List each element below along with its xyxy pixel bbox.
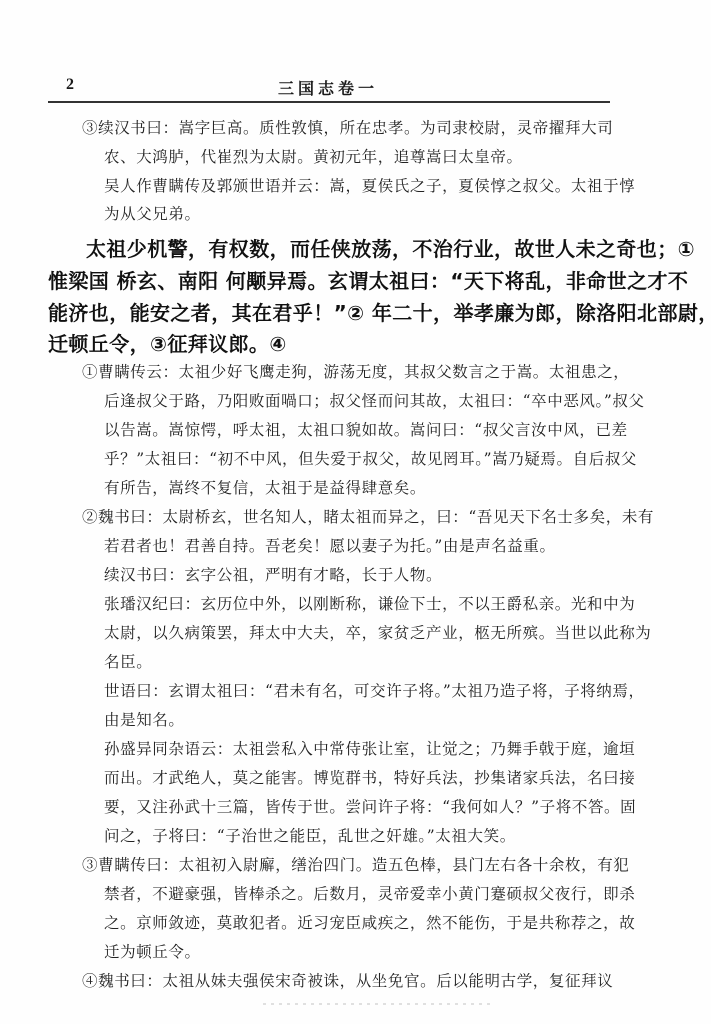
- note-line: 迁为顿丘令。: [104, 940, 201, 962]
- note-line: 孙盛异同杂语云：太祖尝私入中常侍张让室，让觉之；乃舞手戟于庭，逾垣: [104, 737, 635, 759]
- note-line: 问之，子将曰：“子治世之能臣，乱世之奸雄。”太祖大笑。: [104, 824, 516, 846]
- note-line: 之。京师敛迹，莫敢犯者。近习宠臣咸疾之，然不能伤，于是共称荐之，故: [104, 911, 635, 933]
- note-line: 由是知名。: [104, 708, 185, 730]
- note-line: ②魏书曰：太尉桥玄，世名知人，睹太祖而异之，曰：“吾见天下名士多矣，未有: [82, 505, 654, 527]
- note-line: ③续汉书曰：嵩字巨高。质性敦慎，所在忠孝。为司隶校尉，灵帝擢拜大司: [82, 116, 613, 138]
- note-line: 续汉书曰：玄字公祖，严明有才略，长于人物。: [104, 563, 442, 585]
- note-line: 张璠汉纪曰：玄历位中外，以刚断称，谦俭下士，不以王爵私亲。光和中为: [104, 592, 635, 614]
- scan-artifact: [263, 1003, 493, 1005]
- note-line: 而出。才武绝人，莫之能害。博览群书，特好兵法，抄集诸家兵法，名曰接: [104, 766, 635, 788]
- note-line: ①曹瞒传云：太祖少好飞鹰走狗，游荡无度，其叔父数言之于嵩。太祖患之，: [82, 360, 629, 382]
- note-line: 后逢叔父于路，乃阳败面喎口；叔父怪而问其故，太祖曰：“卒中恶风。”叔父: [104, 389, 645, 411]
- note-line: 太尉，以久病策罢，拜太中大夫，卒，家贫乏产业，柩无所殡。当世以此称为: [104, 621, 651, 643]
- header-rule: [48, 101, 610, 103]
- note-line: 乎？”太祖曰：“初不中风，但失爱于叔父，故见罔耳。”嵩乃疑焉。自后叔父: [104, 447, 637, 469]
- note-line: 世语曰：玄谓太祖曰：“君未有名，可交许子将。”太祖乃造子将，子将纳焉，: [104, 679, 645, 701]
- note-line: 吴人作曹瞒传及郭颁世语并云：嵩，夏侯氏之子，夏侯惇之叔父。太祖于惇: [104, 174, 635, 196]
- note-line: 要，又注孙武十三篇，皆传于世。尝问许子将：“我何如人？”子将不答。固: [104, 795, 636, 817]
- note-line: 禁者，不避豪强，皆棒杀之。后数月，灵帝爱幸小黄门蹇硕叔父夜行，即杀: [104, 882, 635, 904]
- note-line: 有所告，嵩终不复信，太祖于是益得肆意矣。: [104, 476, 426, 498]
- main-text-line: 能济也，能安之者，其在君乎！”② 年二十，举孝廉为郎，除洛阳北部尉，: [48, 297, 711, 326]
- page-header: 2 三国志卷一: [48, 76, 608, 100]
- note-line: 为从父兄弟。: [104, 202, 201, 224]
- note-line: 以告嵩。嵩惊愕，呼太祖，太祖口貌如故。嵩问曰：“叔父言汝中风，已差: [104, 418, 628, 440]
- note-line: ④魏书曰：太祖从妹夫强侯宋奇被诛，从坐免官。后以能明古学，复征拜议: [82, 969, 613, 991]
- main-text-line: 迁顿丘令，③征拜议郎。④: [48, 328, 287, 357]
- note-line: 农、大鸿胪，代崔烈为太尉。黄初元年，追尊嵩曰太皇帝。: [104, 145, 523, 167]
- main-text-line: 太祖少机警，有权数，而任侠放荡，不治行业，故世人未之奇也；①: [86, 233, 695, 262]
- book-page: 2 三国志卷一 ③续汉书曰：嵩字巨高。质性敦慎，所在忠孝。为司隶校尉，灵帝擢拜大…: [0, 0, 711, 1024]
- running-title: 三国志卷一: [48, 76, 608, 99]
- note-line: 若君者也！君善自持。吾老矣！愿以妻子为托。”由是声名益重。: [104, 534, 556, 556]
- note-line: 名臣。: [104, 650, 152, 672]
- main-text-line: 惟梁国 桥玄、南阳 何颙异焉。玄谓太祖曰：“天下将乱，非命世之才不: [48, 265, 688, 294]
- note-line: ③曹瞒传曰：太祖初入尉廨，缮治四门。造五色棒，县门左右各十余枚，有犯: [82, 853, 629, 875]
